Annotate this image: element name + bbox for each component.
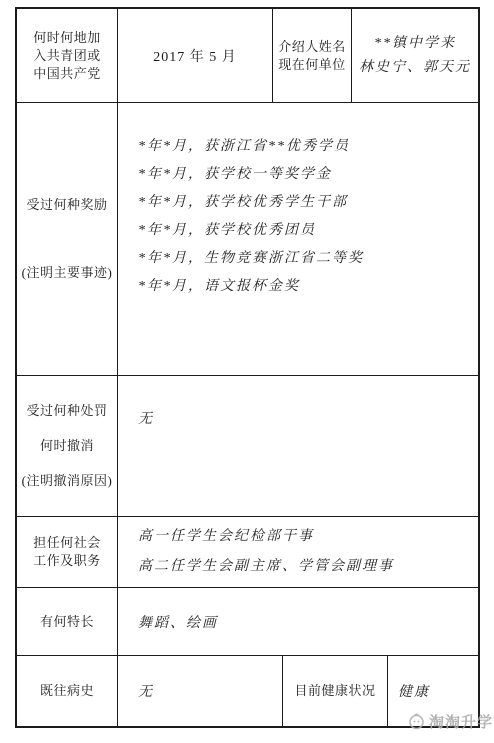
social-work-label: 担任何社会 工作及职务: [17, 517, 118, 587]
join-party-label-line: 入共青团或: [33, 47, 101, 65]
award-item: *年*月，获学校一等奖学金: [138, 161, 478, 189]
introducer-unit: **镇中学来: [374, 32, 456, 56]
punishment-label: 受过何种处罚 何时撤消 (注明撤消原因): [17, 376, 118, 516]
social-work-list: 高一任学生会纪检部干事 高二任学生会副主席、学管会副理事: [118, 517, 478, 587]
join-party-date: 2017 年 5 月: [118, 9, 273, 102]
award-item: *年*月，语文报杯金奖: [138, 273, 478, 301]
row-specialty: 有何特长 舞蹈、绘画: [17, 588, 478, 656]
current-health-label: 目前健康状况: [283, 656, 388, 726]
awards-label-note: (注明主要事迹): [22, 264, 113, 282]
awards-label-main: 受过何种奖励: [26, 196, 107, 214]
award-item: *年*月，获学校优秀学生干部: [138, 189, 478, 217]
join-party-label-line: 何时何地加: [33, 29, 101, 47]
medical-history-label: 既往病史: [17, 656, 118, 726]
awards-label: 受过何种奖励 (注明主要事迹): [17, 103, 118, 375]
introducer-label-line: 介绍人姓名: [278, 38, 346, 56]
awards-list: *年*月，获浙江省**优秀学员 *年*月，获学校一等奖学金 *年*月，获学校优秀…: [118, 103, 478, 375]
row-punishment: 受过何种处罚 何时撤消 (注明撤消原因) 无: [17, 376, 478, 517]
award-item: *年*月，获学校优秀团员: [138, 217, 478, 245]
student-record-table: 何时何地加 入共青团或 中国共产党 2017 年 5 月 介绍人姓名 现在何单位…: [15, 7, 480, 728]
row-awards: 受过何种奖励 (注明主要事迹) *年*月，获浙江省**优秀学员 *年*月，获学校…: [17, 103, 478, 376]
watermark-text: 淘淘升学: [429, 711, 493, 732]
medical-history-value: 无: [118, 656, 283, 726]
introducer-label-line: 现在何单位: [278, 56, 346, 74]
social-work-item: 高二任学生会副主席、学管会副理事: [138, 556, 478, 578]
introducer-label: 介绍人姓名 现在何单位: [273, 9, 352, 102]
row-social-work: 担任何社会 工作及职务 高一任学生会纪检部干事 高二任学生会副主席、学管会副理事: [17, 517, 478, 588]
award-item: *年*月，获浙江省**优秀学员: [138, 133, 478, 161]
specialty-label: 有何特长: [17, 588, 118, 655]
punishment-value: 无: [118, 376, 478, 516]
join-party-label-line: 中国共产党: [33, 65, 101, 83]
punishment-label-line: (注明撤消原因): [22, 472, 113, 490]
social-work-item: 高一任学生会纪检部干事: [138, 526, 478, 548]
join-party-label: 何时何地加 入共青团或 中国共产党: [17, 9, 118, 102]
punishment-label-line: 受过何种处罚: [26, 402, 107, 420]
introducer-names: 林史宁、郭天元: [359, 56, 471, 80]
award-item: *年*月，生物竞赛浙江省二等奖: [138, 245, 478, 273]
watermark: 淘淘升学: [408, 711, 493, 732]
row-join-party: 何时何地加 入共青团或 中国共产党 2017 年 5 月 介绍人姓名 现在何单位…: [17, 9, 478, 103]
social-work-label-line: 担任何社会: [33, 534, 101, 552]
social-work-label-line: 工作及职务: [33, 552, 101, 570]
punishment-label-line: 何时撤消: [40, 437, 94, 455]
form-page: 何时何地加 入共青团或 中国共产党 2017 年 5 月 介绍人姓名 现在何单位…: [0, 0, 494, 743]
specialty-value: 舞蹈、绘画: [118, 588, 478, 655]
taotao-logo-icon: [408, 713, 425, 730]
introducer-value: **镇中学来 林史宁、郭天元: [352, 9, 478, 102]
